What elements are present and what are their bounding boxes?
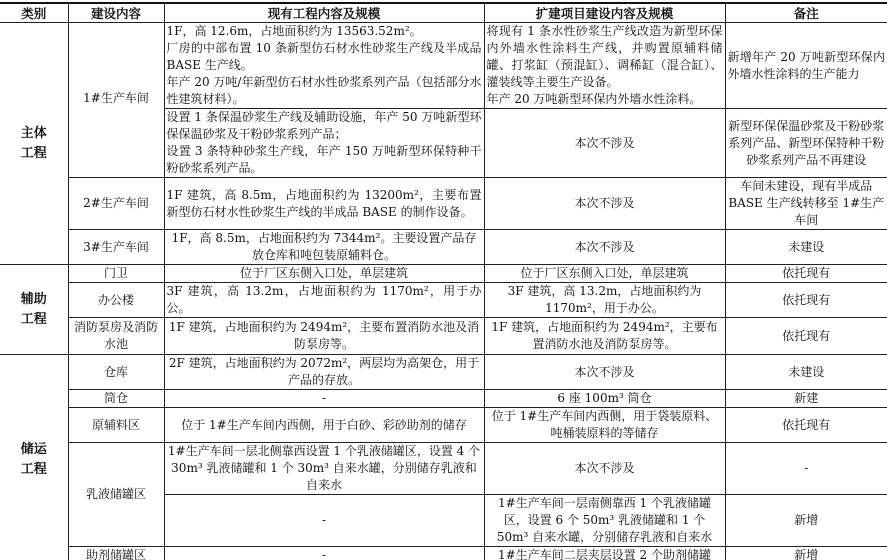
table-row: 原辅料区 位于 1#生产车间内西侧，用于白砂、彩砂助剂的储存 位于 1#生产车间…	[0, 408, 887, 443]
item-name: 消防泵房及消防水池	[68, 318, 164, 355]
header-category: 类别	[0, 3, 68, 23]
note-cell: 车间未建设，现有半成品 BASE 生产线转移至 1#生产车间	[725, 178, 887, 230]
table-row: 办公楼 3F 建筑，高 13.2m，占地面积约为 1170m²，用于办公。 3F…	[0, 283, 887, 318]
table-row: 3#生产车间 1F，高 8.5m，占地面积约为 7344m²。主要设置产品存放仓…	[0, 230, 887, 265]
expansion-cell: 位于厂区东侧入口处，单层建筑	[484, 265, 725, 283]
note-cell: 新型环保保温砂浆及干粉砂浆系列产品、新型环保特种干粉砂浆系列产品不再建设	[725, 109, 887, 178]
expansion-cell: 1F 建筑，占地面积约为 2494m²，主要布置消防水池及消防泵房等。	[484, 318, 725, 355]
note-cell: -	[725, 443, 887, 495]
table-header-row: 类别 建设内容 现有工程内容及规模 扩建项目建设内容及规模 备注	[0, 3, 887, 23]
expansion-cell: 本次不涉及	[484, 230, 725, 265]
existing-cell: 设置 1 条保温砂浆生产线及辅助设施，年产 50 万吨新型环保保温砂浆及干粉砂浆…	[164, 109, 484, 178]
expansion-cell: 本次不涉及	[484, 443, 725, 495]
item-name: 门卫	[68, 265, 164, 283]
item-name: 2#生产车间	[68, 178, 164, 230]
expansion-cell: 1#生产车间一层南侧靠西 1 个乳液储罐区，设置 6 个 50m³ 乳液储罐和 …	[484, 495, 725, 547]
table-row: 助剂储罐区 - 1#生产车间二层夹层设置 2 个助剂储罐 新增	[0, 547, 887, 560]
existing-cell: 1F 建筑，占地面积约为 2494m²，主要布置消防水池及消防泵房等。	[164, 318, 484, 355]
existing-cell: -	[164, 390, 484, 408]
header-note: 备注	[725, 3, 887, 23]
note-cell: 新增	[725, 547, 887, 560]
project-composition-table: 类别 建设内容 现有工程内容及规模 扩建项目建设内容及规模 备注 主体 工程 1…	[0, 2, 887, 560]
expansion-cell: 将现有 1 条水性砂浆生产线改造为新型环保内外墙水性涂料生产线，并购置原辅料储罐…	[484, 23, 725, 109]
item-name: 助剂储罐区	[68, 547, 164, 560]
existing-cell: 2F 建筑，占地面积约为 2072m²，两层均为高架仓，用于产品的存放。	[164, 355, 484, 390]
table-row: 辅助 工程 门卫 位于厂区东侧入口处，单层建筑 位于厂区东侧入口处，单层建筑 依…	[0, 265, 887, 283]
existing-cell: 1#生产车间一层北侧靠西设置 1 个乳液储罐区，设置 4 个 30m³ 乳液储罐…	[164, 443, 484, 495]
note-cell: 依托现有	[725, 283, 887, 318]
section-aux: 辅助 工程	[0, 265, 68, 355]
note-cell: 未建设	[725, 355, 887, 390]
expansion-cell: 位于 1#生产车间内西侧，用于袋装原料、吨桶装原料的等储存	[484, 408, 725, 443]
item-name: 仓库	[68, 355, 164, 390]
table-row: 乳液储罐区 1#生产车间一层北侧靠西设置 1 个乳液储罐区，设置 4 个 30m…	[0, 443, 887, 495]
expansion-cell: 1#生产车间二层夹层设置 2 个助剂储罐	[484, 547, 725, 560]
item-name: 办公楼	[68, 283, 164, 318]
table-row: 储运 工程 仓库 2F 建筑，占地面积约为 2072m²，两层均为高架仓，用于产…	[0, 355, 887, 390]
expansion-cell: 6 座 100m³ 筒仓	[484, 390, 725, 408]
item-name: 1#生产车间	[68, 23, 164, 178]
note-cell: 依托现有	[725, 318, 887, 355]
existing-cell: 1F，高 8.5m，占地面积约为 7344m²。主要设置产品存放仓库和吨包装原辅…	[164, 230, 484, 265]
existing-cell: 3F 建筑，高 13.2m，占地面积约为 1170m²，用于办公。	[164, 283, 484, 318]
item-name: 筒仓	[68, 390, 164, 408]
header-existing: 现有工程内容及规模	[164, 3, 484, 23]
item-name: 乳液储罐区	[68, 443, 164, 547]
existing-cell: -	[164, 547, 484, 560]
table-row: 主体 工程 1#生产车间 1F，高 12.6m，占地面积约为 13563.52m…	[0, 23, 887, 109]
section-storage: 储运 工程	[0, 355, 68, 560]
existing-cell: 位于 1#生产车间内西侧，用于白砂、彩砂助剂的储存	[164, 408, 484, 443]
existing-cell: 位于厂区东侧入口处，单层建筑	[164, 265, 484, 283]
header-content: 建设内容	[68, 3, 164, 23]
item-name: 3#生产车间	[68, 230, 164, 265]
note-cell: 未建设	[725, 230, 887, 265]
expansion-cell: 本次不涉及	[484, 355, 725, 390]
note-cell: 依托现有	[725, 408, 887, 443]
table-row: 消防泵房及消防水池 1F 建筑，占地面积约为 2494m²，主要布置消防水池及消…	[0, 318, 887, 355]
existing-cell: 1F，高 12.6m，占地面积约为 13563.52m²。 厂房的中部布置 10…	[164, 23, 484, 109]
note-cell: 新建	[725, 390, 887, 408]
note-cell: 新增年产 20 万吨新型环保内外墙水性涂料的生产能力	[725, 23, 887, 109]
existing-cell: 1F 建筑，高 8.5m，占地面积约为 13200m²，主要布置新型仿石材水性砂…	[164, 178, 484, 230]
section-main: 主体 工程	[0, 23, 68, 265]
table-row: 2#生产车间 1F 建筑，高 8.5m，占地面积约为 13200m²，主要布置新…	[0, 178, 887, 230]
expansion-cell: 3F 建筑，高 13.2m，占地面积约为 1170m²，用于办公。	[484, 283, 725, 318]
note-cell: 新增	[725, 495, 887, 547]
item-name: 原辅料区	[68, 408, 164, 443]
note-cell: 依托现有	[725, 265, 887, 283]
expansion-cell: 本次不涉及	[484, 109, 725, 178]
table-row: 筒仓 - 6 座 100m³ 筒仓 新建	[0, 390, 887, 408]
existing-cell: -	[164, 495, 484, 547]
expansion-cell: 本次不涉及	[484, 178, 725, 230]
header-expansion: 扩建项目建设内容及规模	[484, 3, 725, 23]
